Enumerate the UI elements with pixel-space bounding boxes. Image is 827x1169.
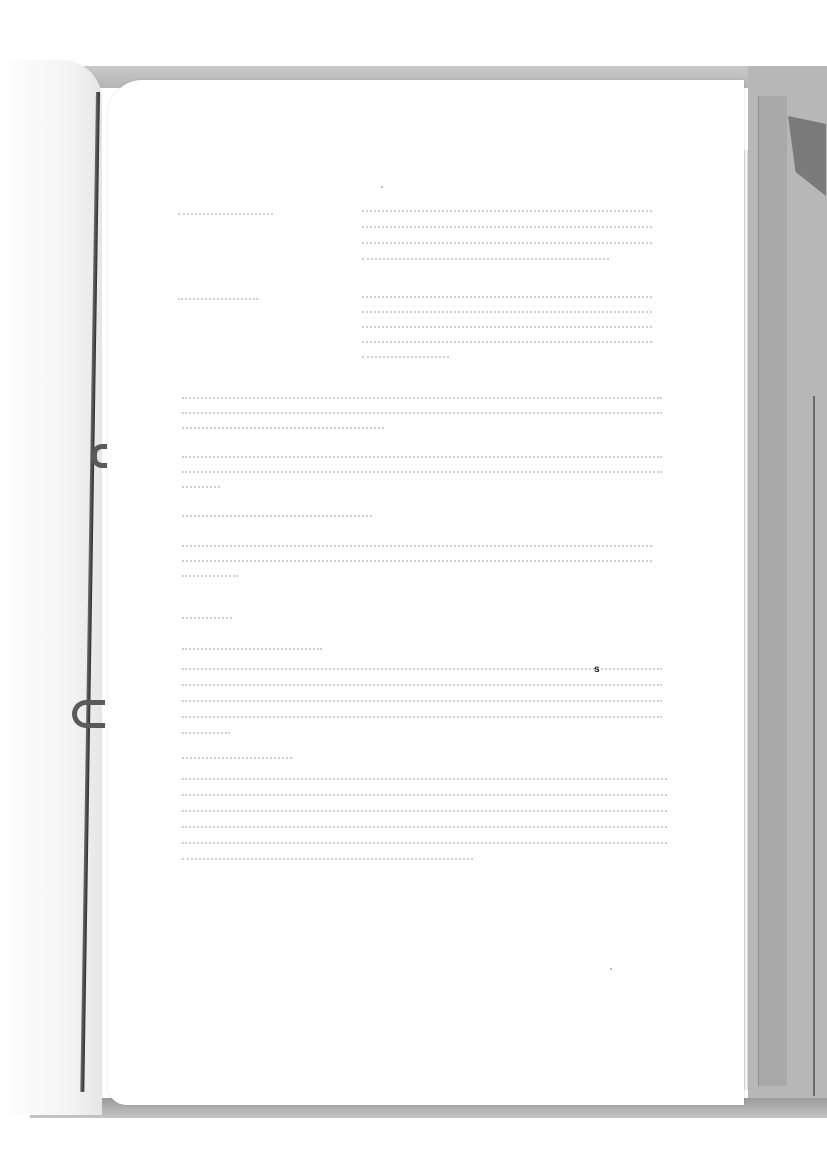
entry-2 (362, 296, 652, 361)
left-facing-page (0, 60, 102, 1115)
speck (610, 968, 612, 970)
heading-1 (182, 515, 372, 520)
cover-edge-line (813, 396, 815, 1096)
heading-3 (182, 648, 322, 653)
binder-ring-lower-icon (72, 700, 105, 728)
heading-2 (182, 617, 232, 622)
binder-ring-upper-icon (92, 444, 107, 468)
para-5 (182, 778, 667, 863)
cover-edge-strip (758, 96, 787, 1086)
entry-1 (362, 210, 652, 263)
binder-cover-right (748, 66, 827, 1116)
legible-mark-s: s (594, 664, 600, 675)
heading-4 (182, 757, 292, 762)
para-3 (182, 545, 652, 580)
para-4 (182, 668, 662, 737)
torn-cover-corner (788, 116, 826, 196)
para-2 (182, 456, 662, 491)
label-2 (178, 298, 258, 303)
para-1 (182, 397, 662, 432)
label-1 (178, 213, 273, 218)
speck (381, 186, 383, 188)
